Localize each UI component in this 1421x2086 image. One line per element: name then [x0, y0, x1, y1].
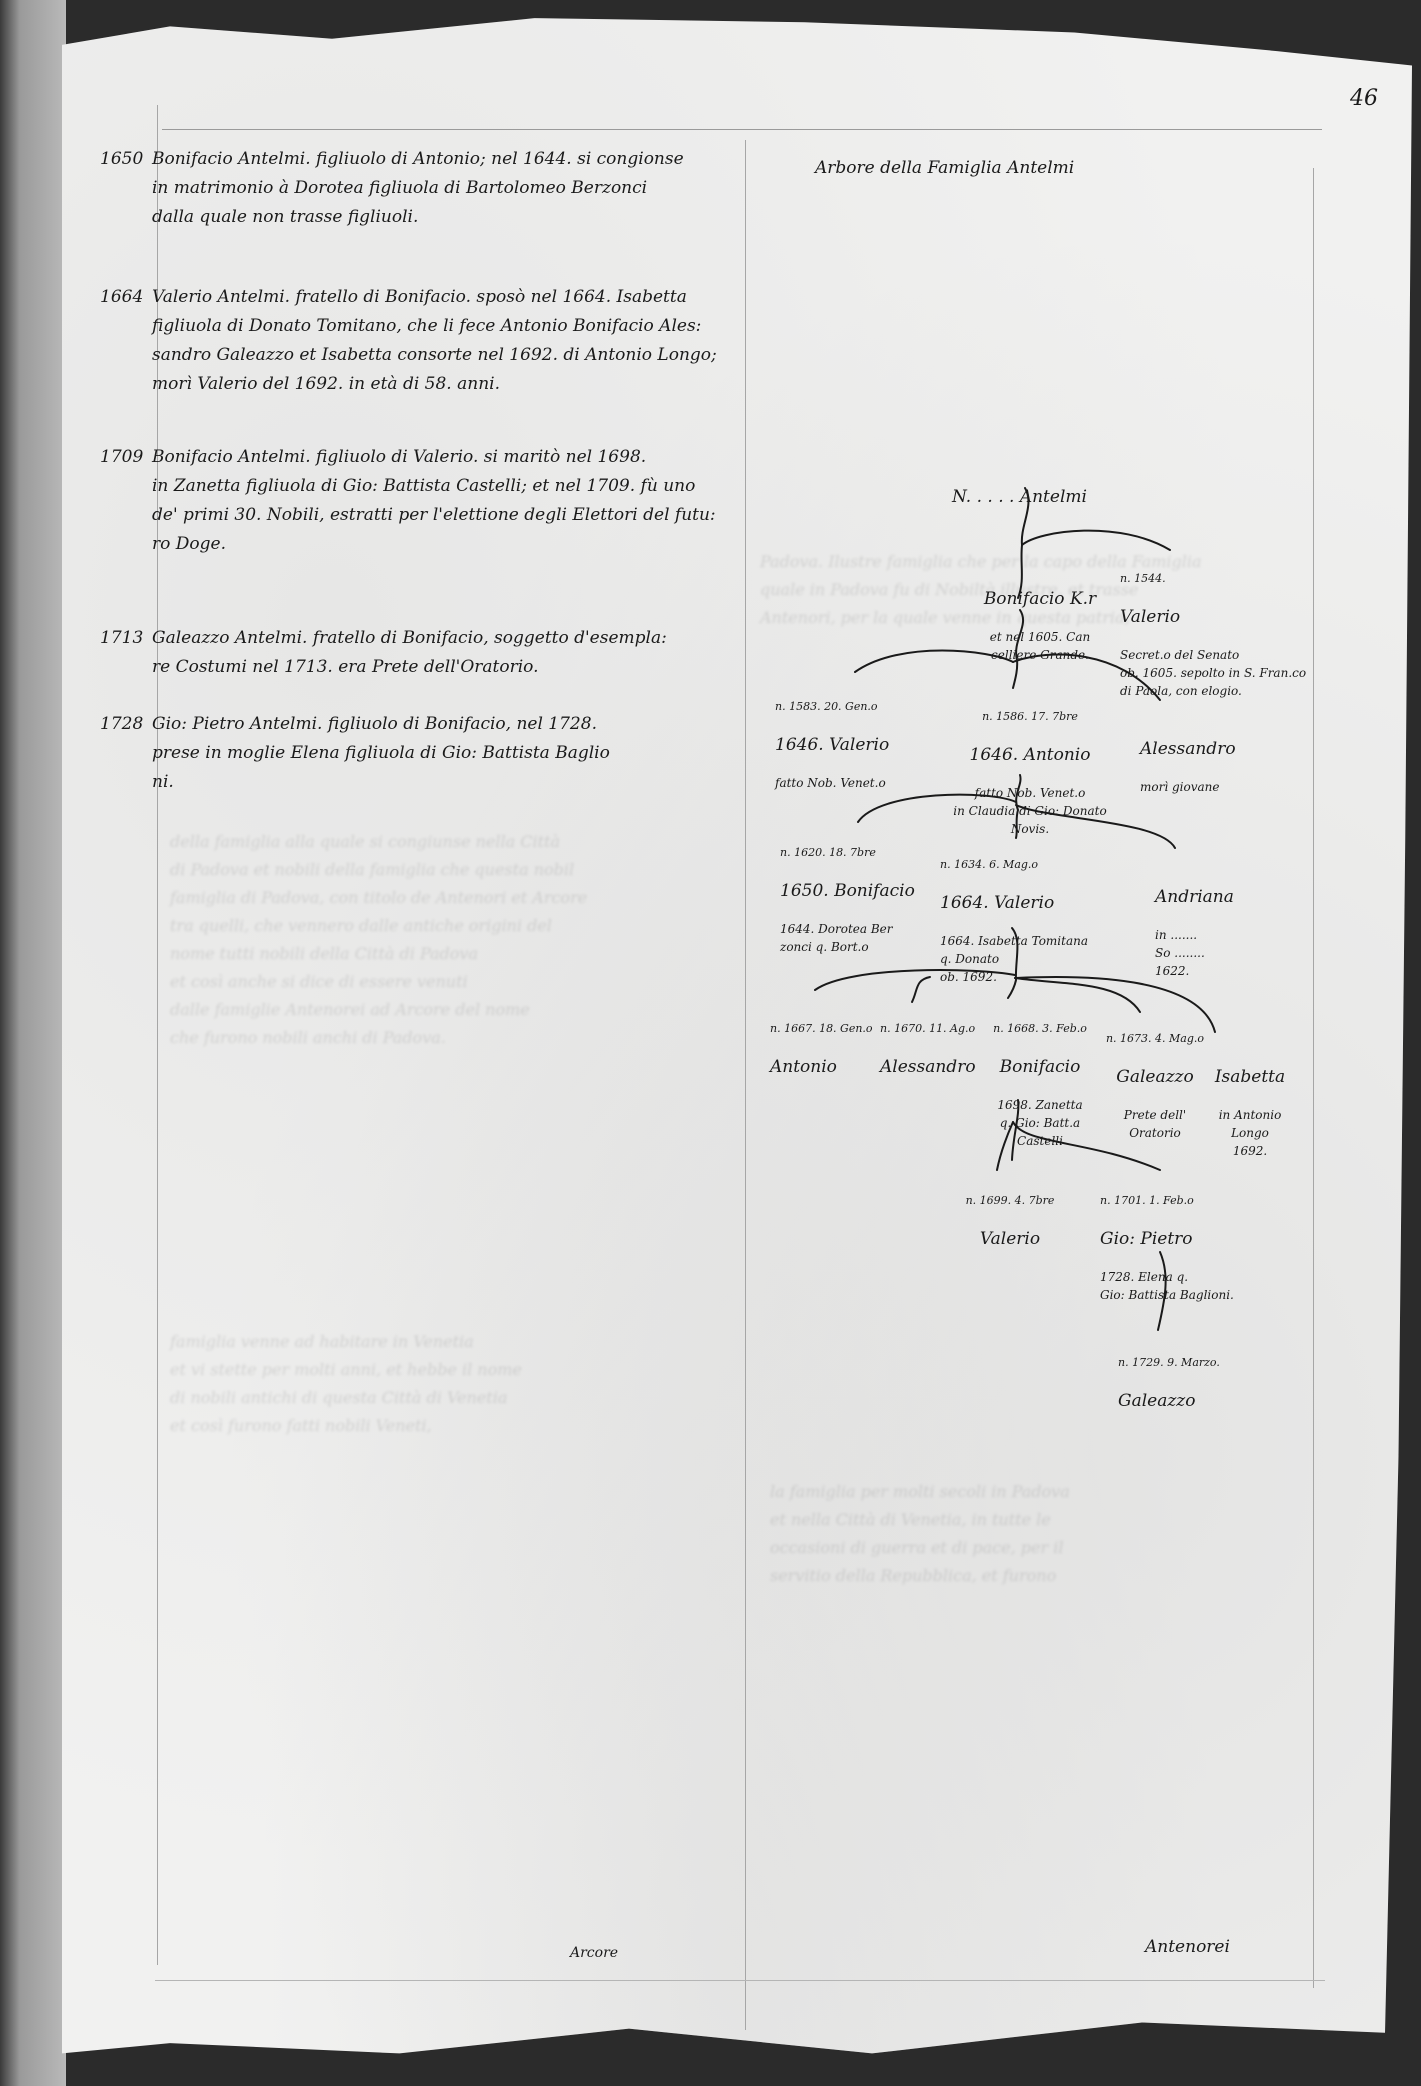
node-name: Antonio: [770, 1056, 890, 1078]
node-name: Alessandro: [880, 1056, 995, 1078]
tree-node: n. 1701. 1. Feb.o Gio: Pietro 1728. Elen…: [1100, 1174, 1280, 1322]
node-date: n. 1701. 1. Feb.o: [1100, 1192, 1280, 1210]
node-date: n. 1668. 3. Feb.o: [985, 1020, 1095, 1038]
node-date: n. 1729. 9. Marzo.: [1118, 1354, 1268, 1372]
tree-node: n. 1634. 6. Mag.o 1664. Valerio 1664. Is…: [940, 838, 1120, 1004]
tree-node: n. 1668. 3. Feb.o Bonifacio 1698. Zanett…: [985, 1002, 1095, 1168]
node-note: 1664. Isabetta Tomitana q. Donato ob. 16…: [940, 932, 1120, 986]
node-note: Prete dell' Oratorio: [1100, 1106, 1210, 1142]
tree-node: Andriana in ....... So ........ 1622.: [1155, 850, 1275, 998]
node-date: n. 1583. 20. Gen.o: [775, 698, 925, 716]
tree-node: Isabetta in Antonio Longo 1692.: [1205, 1030, 1295, 1178]
node-note: et nel 1605. Can celliere Grande.: [960, 628, 1120, 664]
tree-node: n. 1729. 9. Marzo. Galeazzo: [1118, 1336, 1268, 1448]
node-name: 1650. Bonifacio: [780, 880, 940, 902]
node-note: morì giovane: [1140, 778, 1270, 796]
node-name: 1646. Antonio: [935, 744, 1125, 766]
tree-node: n. 1586. 17. 7bre 1646. Antonio fatto No…: [935, 690, 1125, 856]
node-note: 1728. Elena q. Gio: Battista Baglioni.: [1100, 1268, 1280, 1304]
node-name: Andriana: [1155, 886, 1275, 908]
node-name: Valerio: [950, 1228, 1070, 1250]
node-note: Secret.o del Senato ob. 1605. sepolto in…: [1120, 646, 1310, 700]
node-date: n. 1670. 11. Ag.o: [880, 1020, 995, 1038]
tree-node: n. 1673. 4. Mag.o Galeazzo Prete dell' O…: [1100, 1012, 1210, 1160]
node-name: Gio: Pietro: [1100, 1228, 1280, 1250]
node-date: n. 1586. 17. 7bre: [935, 708, 1125, 726]
node-name: 1646. Valerio: [775, 734, 925, 756]
node-name: 1664. Valerio: [940, 892, 1120, 914]
node-name: Galeazzo: [1100, 1066, 1210, 1088]
node-date: n. 1634. 6. Mag.o: [940, 856, 1120, 874]
tree-node: n. 1670. 11. Ag.o Alessandro: [880, 1002, 995, 1114]
node-note: in ....... So ........ 1622.: [1155, 926, 1275, 980]
tree-node: n. 1667. 18. Gen.o Antonio: [770, 1002, 890, 1114]
tree-node: Alessandro morì giovane: [1140, 702, 1270, 814]
node-note: fatto Nob. Venet.o: [775, 774, 925, 792]
tree-node: n. 1544. Valerio Secret.o del Senato ob.…: [1120, 552, 1310, 718]
tree-node: Bonifacio K.r et nel 1605. Can celliere …: [960, 552, 1120, 682]
node-note: in Antonio Longo 1692.: [1205, 1106, 1295, 1160]
tree-node: n. 1699. 4. 7bre Valerio: [950, 1174, 1070, 1286]
node-name: N. . . . . Antelmi: [952, 486, 1152, 508]
node-name: Galeazzo: [1118, 1390, 1268, 1412]
node-note: 1698. Zanetta q. Gio: Batt.a Castelli: [985, 1096, 1095, 1150]
node-date: n. 1667. 18. Gen.o: [770, 1020, 890, 1038]
tree-node: n. 1620. 18. 7bre 1650. Bonifacio 1644. …: [780, 826, 940, 974]
node-name: Isabetta: [1205, 1066, 1295, 1088]
node-name: Valerio: [1120, 606, 1310, 628]
catchword-left: Arcore: [570, 1945, 618, 1961]
tree-node-root: N. . . . . Antelmi: [952, 468, 1152, 526]
node-name: Alessandro: [1140, 738, 1270, 760]
catchword-right: Antenorei: [1145, 1937, 1230, 1957]
node-name: Bonifacio: [985, 1056, 1095, 1078]
node-date: n. 1544.: [1120, 570, 1310, 588]
node-note: fatto Nob. Venet.o in Claudia di Gio: Do…: [935, 784, 1125, 838]
node-date: n. 1699. 4. 7bre: [950, 1192, 1070, 1210]
node-date: n. 1673. 4. Mag.o: [1100, 1030, 1210, 1048]
tree-node: n. 1583. 20. Gen.o 1646. Valerio fatto N…: [775, 680, 925, 810]
node-name: Bonifacio K.r: [960, 588, 1120, 610]
node-note: 1644. Dorotea Ber zonci q. Bort.o: [780, 920, 940, 956]
node-date: n. 1620. 18. 7bre: [780, 844, 940, 862]
